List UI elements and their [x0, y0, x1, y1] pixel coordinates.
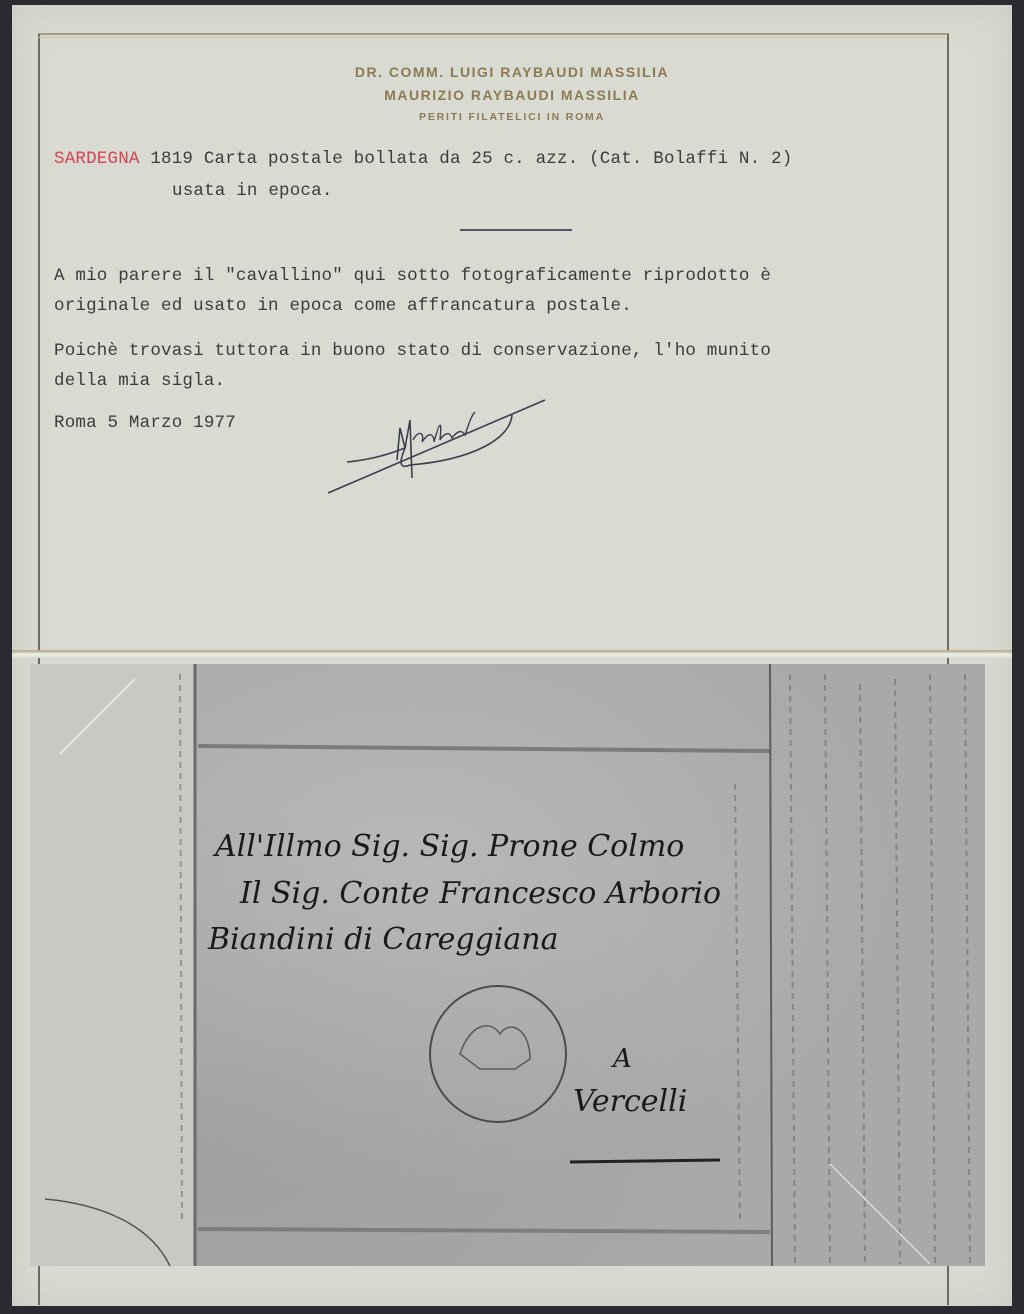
frame-line: [38, 37, 945, 38]
letter-photo-artwork: [30, 664, 985, 1266]
destination-prefix: A: [613, 1044, 632, 1074]
address-line-1: All'Illmo Sig. Sig. Prone Colmo: [215, 829, 684, 864]
letterhead-line2: MAURIZIO RAYBAUDI MASSILIA: [0, 84, 1024, 106]
fold-line: [12, 650, 1012, 658]
letterhead: DR. COMM. LUIGI RAYBAUDI MASSILIA MAURIZ…: [0, 60, 1024, 128]
signature: [300, 390, 560, 505]
condition-line-1: Poichè trovasi tuttora in buono stato di…: [54, 341, 771, 361]
address-line-3: Biandini di Careggiana: [208, 922, 558, 957]
opinion-line-1: A mio parere il "cavallino" qui sotto fo…: [54, 266, 771, 286]
destination-city: Vercelli: [573, 1084, 687, 1119]
letterhead-line1: DR. COMM. LUIGI RAYBAUDI MASSILIA: [0, 60, 1024, 84]
condition-line-2: della mia sigla.: [54, 371, 225, 391]
separator-rule: [460, 229, 572, 231]
item-line-1: SARDEGNA 1819 Carta postale bollata da 2…: [54, 149, 792, 169]
place-date: Roma 5 Marzo 1977: [54, 413, 236, 433]
item-description: 1819 Carta postale bollata da 25 c. azz.…: [150, 149, 792, 169]
signature-icon: [300, 390, 560, 500]
letter-photo: All'Illmo Sig. Sig. Prone Colmo Il Sig. …: [30, 664, 985, 1266]
item-line-2: usata in epoca.: [172, 181, 333, 201]
country-label: SARDEGNA: [54, 149, 140, 169]
opinion-line-2: originale ed usato in epoca come affranc…: [54, 296, 632, 316]
address-line-2: Il Sig. Conte Francesco Arborio: [240, 876, 721, 911]
letterhead-line3: PERITI FILATELICI IN ROMA: [0, 106, 1024, 128]
